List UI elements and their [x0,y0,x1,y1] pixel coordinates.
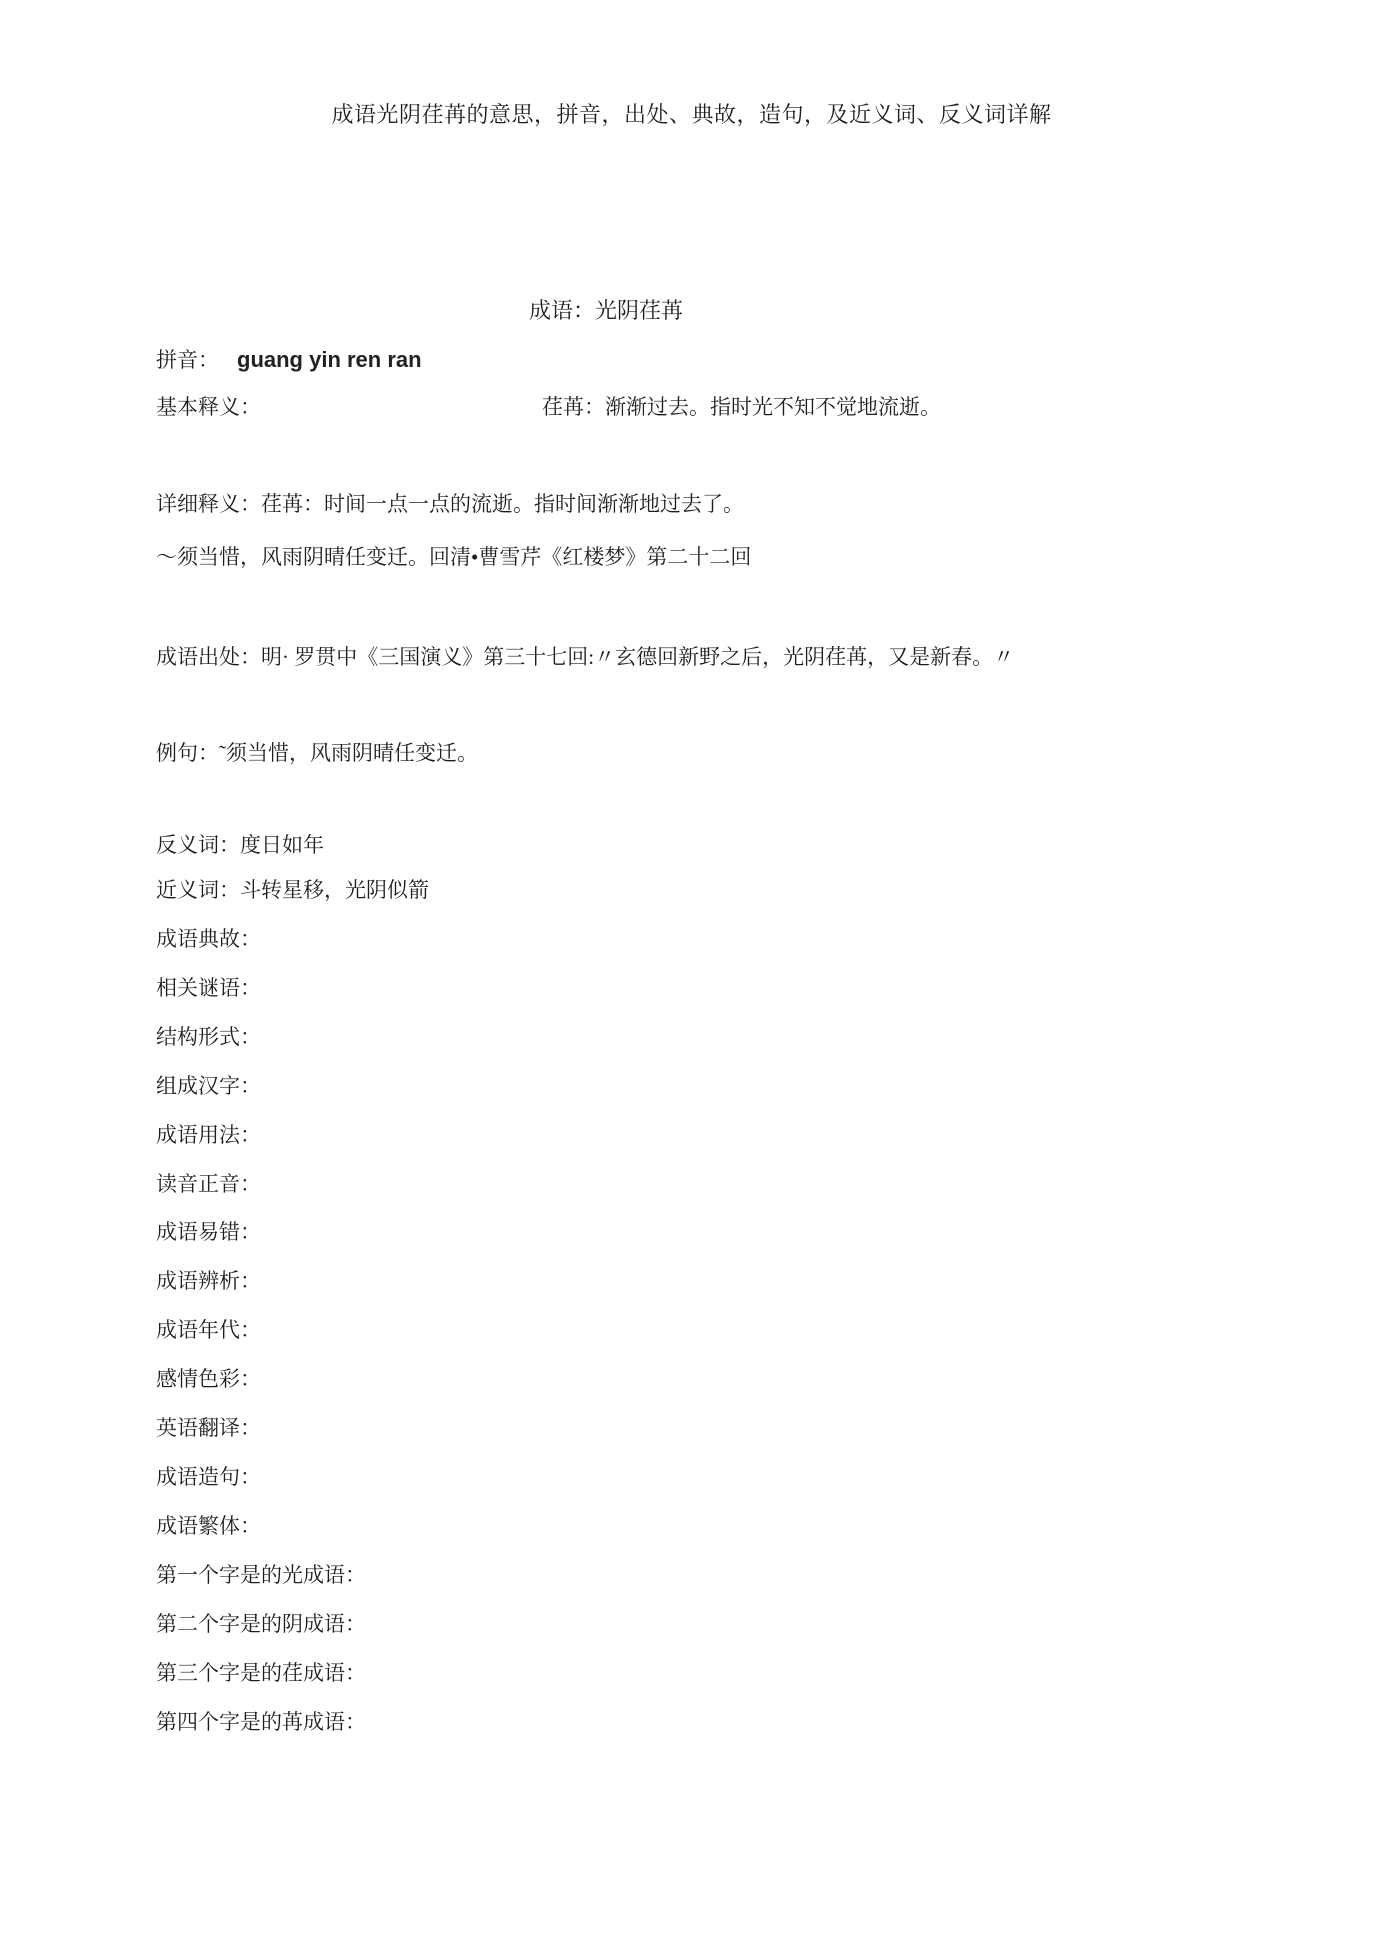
field-line: 成语用法： [156,1122,261,1148]
basic-meaning-label: 基本释义： [156,395,261,419]
field-line: 成语造句： [156,1464,261,1490]
detailed-meaning-line: 详细释义：荏苒：时间一点一点的流逝。指时间渐渐地过去了。 [156,491,744,517]
field-line: 第四个字是的苒成语： [156,1709,366,1735]
field-line: 组成汉字： [156,1073,261,1099]
field-line: 成语辨析： [156,1268,261,1294]
field-line: 成语繁体： [156,1513,261,1539]
document-page: 成语光阴荏苒的意思，拼音，出处、典故，造句，及近义词、反义词详解 成语：光阴荏苒… [0,0,1383,1952]
pinyin-line: 拼音：guang yin ren ran [156,347,422,373]
field-line: 第三个字是的荏成语： [156,1660,366,1686]
pinyin-value: guang yin ren ran [237,347,422,372]
detail-quote-line: 〜须当惜，风雨阴晴任变迁。回清•曹雪芹《红楼梦》第二十二回 [156,544,751,570]
field-line: 读音正音： [156,1171,261,1197]
field-line: 成语典故： [156,926,261,952]
pinyin-label: 拼音： [156,348,219,372]
basic-meaning-value: 荏苒：渐渐过去。指时光不知不觉地流逝。 [542,394,941,420]
field-line: 成语易错： [156,1219,261,1245]
origin-line: 成语出处：明· 罗贯中《三国演义》第三十七回:〃玄德回新野之后，光阴荏苒，又是新… [156,644,1014,670]
field-line: 结构形式： [156,1024,261,1050]
example-line: 例句：˜须当惜，风雨阴晴任变迁。 [156,740,478,766]
basic-meaning-line: 基本释义：荏苒：渐渐过去。指时光不知不觉地流逝。 [156,394,261,420]
page-title: 成语光阴荏苒的意思，拼音，出处、典故，造句，及近义词、反义词详解 [0,102,1383,128]
field-line: 第二个字是的阴成语： [156,1611,366,1637]
antonym-line: 反义词：度日如年 [156,832,324,858]
field-line: 相关谜语： [156,975,261,1001]
idiom-heading: 成语：光阴荏苒 [529,298,683,324]
field-line: 感情色彩： [156,1366,261,1392]
field-line: 第一个字是的光成语： [156,1562,366,1588]
field-line: 英语翻译： [156,1415,261,1441]
synonym-line: 近义词：斗转星移，光阴似箭 [156,877,429,903]
field-line: 成语年代： [156,1317,261,1343]
